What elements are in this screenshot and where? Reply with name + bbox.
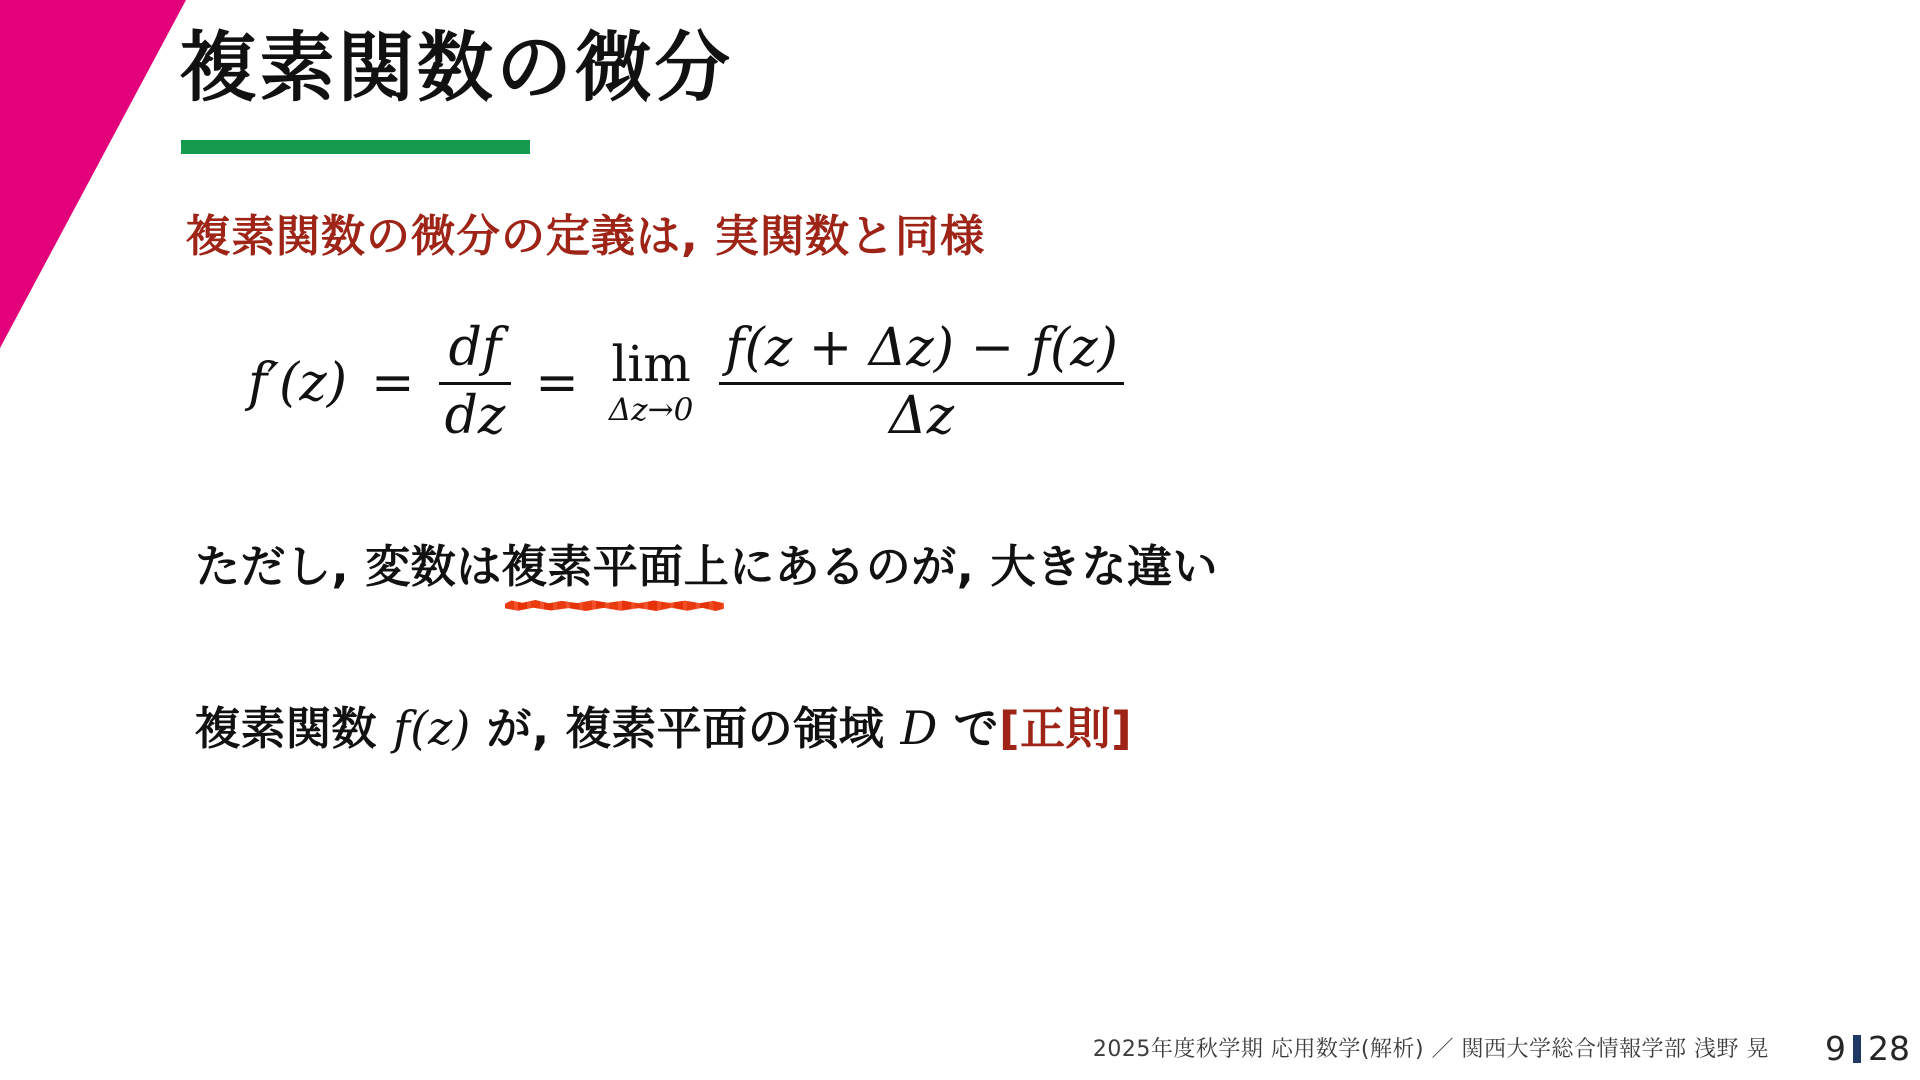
corner-triangle-decoration xyxy=(0,0,186,348)
body-text: にあるのが, 大きな違い xyxy=(729,540,1218,593)
highlight-regular-term: [正則] xyxy=(999,702,1132,755)
formula-equals-1: = xyxy=(367,353,419,413)
page-indicator: 9 28 xyxy=(1825,1029,1910,1068)
derivative-formula: f′(z) = df dz = lim Δz→0 f(z + Δz) − f(z… xyxy=(248,290,1124,475)
body-text: ただし, 変数は xyxy=(195,540,502,593)
limit-subscript: Δz→0 xyxy=(609,395,693,426)
fraction-denominator: dz xyxy=(439,389,512,444)
body-text: で xyxy=(937,702,999,755)
underlined-phrase: 複素平面上 xyxy=(502,530,730,595)
footer-course-info: 2025年度秋学期 応用数学(解析) ／ 関西大学総合情報学部 浅野 晃 xyxy=(1093,1032,1769,1066)
slide: 複素関数の微分 複素関数の微分の定義は, 実関数と同様 f′(z) = df d… xyxy=(0,0,1920,1080)
formula-lhs: f′(z) xyxy=(248,353,347,413)
body-text: 複素平面上 xyxy=(502,540,730,593)
fraction-numerator: df xyxy=(443,321,508,376)
math-fz: f(z) xyxy=(393,701,470,755)
body-line-difference-note: ただし, 変数は複素平面上にあるのが, 大きな違い xyxy=(195,530,1218,595)
title-underline-bar xyxy=(181,140,530,154)
slide-title: 複素関数の微分 xyxy=(180,22,733,113)
footer: 2025年度秋学期 応用数学(解析) ／ 関西大学総合情報学部 浅野 晃 9 2… xyxy=(1093,1029,1910,1068)
body-text: が, 複素平面の領域 xyxy=(470,702,900,755)
page-current: 9 xyxy=(1825,1029,1846,1068)
subtitle-statement: 複素関数の微分の定義は, 実関数と同様 xyxy=(186,200,985,264)
red-crayon-underline xyxy=(505,600,725,611)
body-text: 複素関数 xyxy=(195,702,393,755)
body-line-holomorphic-definition: 複素関数 f(z) が, 複素平面の領域 D で[正則] xyxy=(195,692,1132,757)
fraction-denominator: Δz xyxy=(883,389,960,444)
limit-operator: lim xyxy=(611,339,690,389)
page-total: 28 xyxy=(1868,1029,1910,1068)
fraction-bar xyxy=(719,382,1124,385)
fraction-bar xyxy=(439,382,512,385)
math-domain-d: D xyxy=(900,701,937,755)
page-separator-bar xyxy=(1853,1035,1861,1063)
fraction-numerator: f(z + Δz) − f(z) xyxy=(719,321,1124,376)
formula-equals-2: = xyxy=(531,353,583,413)
formula-limit: lim Δz→0 xyxy=(609,339,693,426)
formula-fraction-difference-quotient: f(z + Δz) − f(z) Δz xyxy=(719,321,1124,443)
formula-fraction-dfdz: df dz xyxy=(439,321,512,443)
